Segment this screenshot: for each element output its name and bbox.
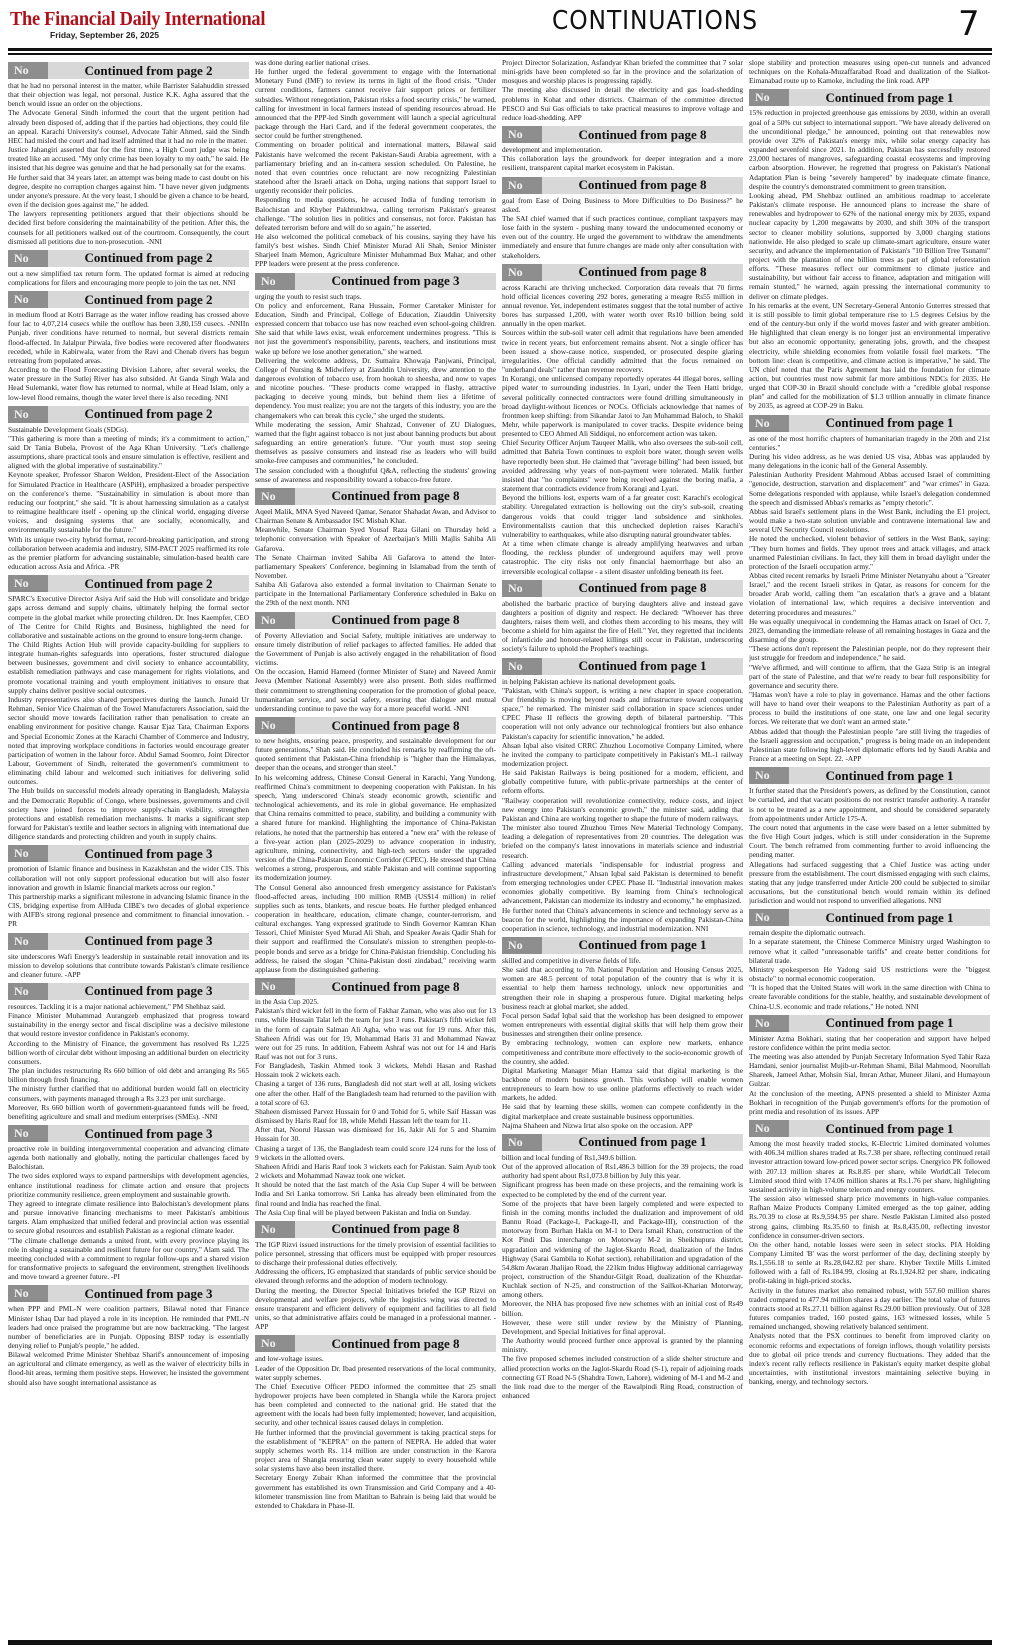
paragraph: He further said that 34 years later, an … [8, 173, 249, 210]
continuation-number-badge: No #12 [255, 488, 295, 505]
article-continuation: No #29Continued from page 1Minister Azma… [749, 1015, 990, 1116]
article-continuation: Project Director Solarization, Asfandyar… [502, 58, 743, 122]
paragraph: It further stated that the President's p… [749, 786, 990, 823]
article-continuation: No #6Continued from page 3promotion of I… [8, 845, 249, 928]
continuation-number-badge: No #6 [8, 845, 48, 862]
paragraph: "Pakistan, with China's support, is writ… [502, 686, 743, 741]
paragraph: The plan includes restructuring Rs 660 b… [8, 1066, 249, 1084]
paragraph: as one of the most horrific chapters of … [749, 434, 990, 452]
paragraph: After that, Noorul Hassan was dismissed … [255, 1125, 496, 1143]
paragraph: to new heights, ensuring peace, prosperi… [255, 736, 496, 773]
paragraph: Najma Shaheen and Nizwa Irtat also spoke… [502, 1121, 743, 1130]
paragraph: Analysts noted that the PSX continues to… [749, 1331, 990, 1386]
paragraph: when PPP and PML-N were coalition partne… [8, 1304, 249, 1350]
continuation-header: No #16Continued from page 8 [255, 1221, 496, 1238]
paragraph: The Asia Cup final will be played betwee… [255, 1208, 496, 1217]
article-body: when PPP and PML-N were coalition partne… [8, 1304, 249, 1386]
continued-from-label: Continued from page 8 [542, 177, 743, 193]
paragraph: billion and local funding of Rs1,349.6 b… [502, 1153, 743, 1162]
paragraph: Activity in the futures market also rema… [749, 1286, 990, 1332]
paragraph: In Korangi, one unlicensed company repor… [502, 374, 743, 438]
continuation-header: No #1Continued from page 2 [8, 62, 249, 79]
article-body: urging the youth to resist such traps.On… [255, 292, 496, 484]
article-body: to new heights, ensuring peace, prosperi… [255, 736, 496, 974]
continuation-number-badge: No #29 [749, 1015, 789, 1032]
paragraph: Responding to media questions, he accuse… [255, 195, 496, 232]
bottom-rule-divider [8, 1640, 992, 1645]
paragraph: "It is hoped that the United States will… [749, 983, 990, 1010]
paragraph: The Advocate General Sindh informed the … [8, 108, 249, 145]
paragraph: Finance Minister Muhammad Aurangzeb emph… [8, 1011, 249, 1038]
paragraph: Sources within the sub-soil water cell a… [502, 328, 743, 374]
paragraph: This partnership marks a significant mil… [8, 892, 249, 929]
article-continuation: slope stability and protection measures … [749, 58, 990, 85]
paragraph: The SAI chief warned that if such practi… [502, 214, 743, 260]
paragraph: in helping Pakistan achieve its national… [502, 677, 743, 686]
continued-from-label: Continued from page 8 [295, 1336, 496, 1352]
paragraph: The IGP Rizvi issued instructions for th… [255, 1240, 496, 1267]
continued-from-label: Continued from page 2 [48, 576, 249, 592]
continued-from-label: Continued from page 1 [789, 1121, 990, 1137]
continued-from-label: Continued from page 8 [542, 127, 743, 143]
continuation-header: No #11Continued from page 3 [255, 273, 496, 290]
article-continuation: No #5Continued from page 2SPARC's Execut… [8, 575, 249, 841]
paragraph: This collaboration lays the groundwork f… [502, 154, 743, 172]
article-body: resources. Tackling it is a major nation… [8, 1002, 249, 1121]
continuation-number-badge: No #4 [8, 406, 48, 423]
paragraph: However, these were still under review b… [502, 1318, 743, 1336]
article-body: Minister Azma Bokhari, stating that her … [749, 1034, 990, 1116]
paragraph: slope stability and protection measures … [749, 58, 990, 85]
article-columns: No #1Continued from page 2that he had no… [8, 58, 992, 1638]
paragraph: skilled and competitive in diverse field… [502, 956, 743, 965]
article-continuation: No #12Continued from page 8Aqeel Malik, … [255, 488, 496, 608]
article-continuation: No #10Continued from page 3when PPP and … [8, 1285, 249, 1386]
paragraph: Palestinian Authority President Mahmoud … [749, 470, 990, 507]
continuation-header: No #2Continued from page 2 [8, 250, 249, 267]
continuation-number-badge: No #1 [8, 62, 48, 79]
continuation-header: No #14Continued from page 8 [255, 717, 496, 734]
article-body: abolished the barbaric practice of buryi… [502, 599, 743, 654]
paragraph: "This gathering is more than a meeting o… [8, 434, 249, 471]
continued-from-label: Continued from page 2 [48, 250, 249, 266]
continuation-header: No #7Continued from page 3 [8, 933, 249, 950]
paragraph: The Authority would proceed further once… [502, 1336, 743, 1354]
paragraph: The session also witnessed sharp price m… [749, 1194, 990, 1240]
continued-from-label: Continued from page 1 [542, 1134, 743, 1150]
continuation-number-badge: No #11 [255, 273, 295, 290]
paragraph: Addressing the officers, IG emphasized t… [255, 1267, 496, 1285]
paragraph: While moderating the session, Amir Shahz… [255, 420, 496, 466]
paragraph: Calling advanced materials "indispensabl… [502, 860, 743, 906]
paragraph: proactive role in building intergovernme… [8, 1144, 249, 1171]
article-continuation: No #1Continued from page 2that he had no… [8, 62, 249, 246]
article-continuation: No #19Continued from page 8goal from Eas… [502, 177, 743, 260]
paragraph: During the meeting, the Director Special… [255, 1286, 496, 1332]
continuation-header: No #28Continued from page 1 [749, 909, 990, 926]
article-continuation: No #3Continued from page 2in medium floo… [8, 291, 249, 402]
paragraph: The minister also toured Zhuzhou Times N… [502, 823, 743, 860]
article-continuation: No #28Continued from page 1remain despit… [749, 909, 990, 1010]
continued-from-label: Continued from page 3 [48, 846, 249, 862]
paragraph: In his welcoming address, Chinese Consul… [255, 773, 496, 883]
article-continuation: No #4Continued from page 2Sustainable De… [8, 406, 249, 572]
article-body: of Poverty Alleviation and Social Safety… [255, 631, 496, 713]
paragraph: Secretary Energy Zubair Khan informed th… [255, 1473, 496, 1510]
page-section-title: CONTINUATIONS [552, 6, 758, 36]
article-continuation: was done during earlier national crises.… [255, 58, 496, 269]
paragraph: The court noted that arguments in the ca… [749, 823, 990, 860]
paragraph: Project Director Solarization, Asfandyar… [502, 58, 743, 85]
paragraph: Shaheen dismissed Parvez Hussain for 0 a… [255, 1107, 496, 1125]
continuation-header: No #24Continued from page 1 [502, 1134, 743, 1151]
paragraph: abolished the barbaric practice of buryi… [502, 599, 743, 654]
article-continuation: No #26Continued from page 1as one of the… [749, 415, 990, 764]
paragraph: The ministry further clarified that no a… [8, 1084, 249, 1102]
continuation-header: No #18Continued from page 8 [502, 126, 743, 143]
article-continuation: No #9Continued from page 3proactive role… [8, 1125, 249, 1281]
paragraph: remain despite the diplomatic outreach. [749, 928, 990, 937]
continuation-header: No #21Continued from page 8 [502, 580, 743, 597]
continuation-number-badge: No #5 [8, 575, 48, 592]
paragraph: The Chief Executive Officer PEDO informe… [255, 1382, 496, 1428]
paragraph: During his video address, as he was deni… [749, 452, 990, 470]
continued-from-label: Continued from page 1 [789, 415, 990, 431]
paragraph: He noted the unchecked, violent behavior… [749, 534, 990, 571]
article-body: Sustainable Development Goals (SDGs)."Th… [8, 425, 249, 572]
paragraph: in the Asia Cup 2025. [255, 997, 496, 1006]
continued-from-label: Continued from page 1 [789, 910, 990, 926]
paragraph: Allegations had surfaced suggesting that… [749, 860, 990, 906]
continued-from-label: Continued from page 2 [48, 292, 249, 308]
paragraph: The meeting also discussed in detail the… [502, 85, 743, 122]
paragraph: and low-voltage issues. [255, 1354, 496, 1363]
continuation-number-badge: No #26 [749, 415, 789, 432]
paragraph: He further urged the federal government … [255, 67, 496, 140]
paragraph: According to the Flood Forecasting Divis… [8, 365, 249, 402]
article-body: Project Director Solarization, Asfandyar… [502, 58, 743, 122]
paragraph: The Senate Chairman invited Sahiba Ali G… [255, 553, 496, 580]
paragraph: Beyond the billions lost, experts warn o… [502, 493, 743, 539]
article-body: SPARC's Executive Director Asiya Arif sa… [8, 594, 249, 841]
article-continuation: No #30Continued from page 1Among the mos… [749, 1120, 990, 1386]
paragraph: The five proposed schemes included const… [502, 1354, 743, 1400]
paragraph: The Hub builds on successful models alre… [8, 786, 249, 841]
paragraph: Moreover, Rs 660 billion worth of govern… [8, 1103, 249, 1121]
paragraph: Digital Marketing Manager Mian Hamza sai… [502, 1066, 743, 1103]
paragraph: Chasing a target of 136, the Bangladesh … [255, 1144, 496, 1162]
paragraph: in medium flood at Kotri Barrage as the … [8, 310, 249, 365]
paragraph: Some of the projects that have been larg… [502, 1199, 743, 1300]
continuation-header: No #27Continued from page 1 [749, 767, 990, 784]
article-continuation: No #16Continued from page 8The IGP Rizvi… [255, 1221, 496, 1332]
paragraph: Significant progress has been made on th… [502, 1180, 743, 1198]
continuation-number-badge: No #24 [502, 1134, 542, 1151]
paragraph: According to the Ministry of Finance, th… [8, 1039, 249, 1066]
paragraph: Looking ahead, PM Shehbaz outlined an am… [749, 191, 990, 301]
continuation-number-badge: No #21 [502, 580, 542, 597]
article-continuation: No #7Continued from page 3site underscor… [8, 933, 249, 979]
continued-from-label: Continued from page 8 [295, 1221, 496, 1237]
continuation-number-badge: No #15 [255, 978, 295, 995]
paragraph: At a time when climate change is already… [502, 539, 743, 576]
article-body: goal from Ease of Doing Business to More… [502, 196, 743, 260]
column-4: slope stability and protection measures … [749, 58, 990, 1638]
continued-from-label: Continued from page 8 [295, 488, 496, 504]
paragraph: "The climate challenge demands a united … [8, 1236, 249, 1282]
paragraph: On the other hand, notable losses were s… [749, 1240, 990, 1286]
paragraph: He was equally unequivocal in condemning… [749, 617, 990, 644]
continuation-header: No #17Continued from page 8 [255, 1335, 496, 1352]
continuation-header: No #30Continued from page 1 [749, 1120, 990, 1137]
paragraph: In his remarks at the event, UN Secretar… [749, 301, 990, 411]
continuation-header: No #23Continued from page 1 [502, 937, 743, 954]
paragraph: They agreed to integrate climate resilie… [8, 1199, 249, 1236]
paragraph: Bilawal welcomed Prime Minister Shehbaz … [8, 1350, 249, 1387]
paragraph: Sustainable Development Goals (SDGs). [8, 425, 249, 434]
paragraph: development and implementation. [502, 145, 743, 154]
continuation-header: No #9Continued from page 3 [8, 1125, 249, 1142]
continuation-number-badge: No #3 [8, 291, 48, 308]
continued-from-label: Continued from page 1 [542, 658, 743, 674]
paragraph: was done during earlier national crises. [255, 58, 496, 67]
paragraph: Keynote speaker, Professor Sharon Weldon… [8, 470, 249, 534]
paragraph: He also welcomed the political comeback … [255, 232, 496, 269]
paragraph: that he had no personal interest in the … [8, 81, 249, 108]
paragraph: "We've affirmed, and will continue to af… [749, 663, 990, 690]
continuation-number-badge: No #8 [8, 983, 48, 1000]
article-continuation: No #11Continued from page 3urging the yo… [255, 273, 496, 484]
continuation-number-badge: No #19 [502, 177, 542, 194]
continued-from-label: Continued from page 3 [295, 273, 496, 289]
continuation-header: No #25Continued from page 1 [749, 89, 990, 106]
column-3: Project Director Solarization, Asfandyar… [502, 58, 743, 1638]
paragraph: In a separate statement, the Chinese Com… [749, 937, 990, 964]
continuation-number-badge: No #10 [8, 1285, 48, 1302]
article-continuation: No #17Continued from page 8and low-volta… [255, 1335, 496, 1510]
paragraph: He said that by learning these skills, w… [502, 1102, 743, 1120]
paragraph: Aqeel Malik, MNA Syed Naveed Qamar, Sena… [255, 507, 496, 525]
continued-from-label: Continued from page 8 [295, 718, 496, 734]
continuation-header: No #19Continued from page 8 [502, 177, 743, 194]
continuation-header: No #4Continued from page 2 [8, 406, 249, 423]
article-body: was done during earlier national crises.… [255, 58, 496, 269]
continued-from-label: Continued from page 3 [48, 1126, 249, 1142]
paragraph: Moreover, the NHA has proposed five new … [502, 1299, 743, 1317]
issue-date: Friday, September 26, 2025 [50, 30, 159, 40]
article-body: billion and local funding of Rs1,349.6 b… [502, 1153, 743, 1400]
paragraph: resources. Tackling it is a major nation… [8, 1002, 249, 1011]
article-body: in medium flood at Kotri Barrage as the … [8, 310, 249, 402]
paragraph: Ministry spokesperson He Yadong said US … [749, 965, 990, 983]
continued-from-label: Continued from page 8 [542, 264, 743, 280]
paragraph: Among the most heavily traded stocks, K-… [749, 1139, 990, 1194]
article-continuation: No #8Continued from page 3resources. Tac… [8, 983, 249, 1121]
paragraph: of Poverty Alleviation and Social Safety… [255, 631, 496, 668]
continuation-header: No #20Continued from page 8 [502, 264, 743, 281]
article-body: Among the most heavily traded stocks, K-… [749, 1139, 990, 1386]
paragraph: Shaheen Afridi and Haris Rauf took 3 wic… [255, 1162, 496, 1180]
paragraph: Ahsan Iqbal also visited CRRC Zhuzhou Lo… [502, 741, 743, 768]
article-body: skilled and competitive in diverse field… [502, 956, 743, 1130]
paragraph: Chasing a target of 136 runs, Bangladesh… [255, 1079, 496, 1106]
continued-from-label: Continued from page 3 [48, 1286, 249, 1302]
article-continuation: No #14Continued from page 8to new height… [255, 717, 496, 974]
paragraph: "These actions don't represent the Pales… [749, 644, 990, 662]
continuation-header: No #8Continued from page 3 [8, 983, 249, 1000]
paragraph: across Karachi are thriving unchecked. C… [502, 283, 743, 329]
paragraph: "Hamas won't have a role to play in gove… [749, 690, 990, 727]
article-continuation: No #13Continued from page 8of Poverty Al… [255, 612, 496, 713]
continuation-number-badge: No #23 [502, 937, 542, 954]
column-2: was done during earlier national crises.… [255, 58, 496, 1638]
paragraph: Abbas said Israel's settlement plans in … [749, 507, 990, 534]
continuation-header: No #12Continued from page 8 [255, 488, 496, 505]
continued-from-label: Continued from page 2 [48, 63, 249, 79]
column-1: No #1Continued from page 2that he had no… [8, 58, 249, 1638]
paragraph: He further noted that China's advancemen… [502, 906, 743, 933]
continued-from-label: Continued from page 8 [542, 580, 743, 596]
article-body: slope stability and protection measures … [749, 58, 990, 85]
article-continuation: No #18Continued from page 8development a… [502, 126, 743, 172]
paragraph: Industry representatives also shared per… [8, 695, 249, 787]
article-body: The IGP Rizvi issued instructions for th… [255, 1240, 496, 1332]
masthead: The Financial Daily International Friday… [0, 0, 1022, 50]
paragraph: With its unique two-city hybrid format, … [8, 535, 249, 572]
continuation-number-badge: No #16 [255, 1221, 295, 1238]
paragraph: The Consul General also announced fresh … [255, 883, 496, 975]
paragraph: Pakistan's third wicket fell in the form… [255, 1006, 496, 1061]
article-body: proactive role in building intergovernme… [8, 1144, 249, 1281]
continuation-number-badge: No #2 [8, 250, 48, 267]
paragraph: Minister Azma Bokhari, stating that her … [749, 1034, 990, 1052]
paragraph: The Child Rights Action Hub will provide… [8, 640, 249, 695]
article-body: Aqeel Malik, MNA Syed Naveed Qamar, Sena… [255, 507, 496, 608]
article-body: that he had no personal interest in the … [8, 81, 249, 246]
paragraph: The meeting was also attended by Punjab … [749, 1052, 990, 1089]
paragraph: On policy and enforcement, Rana Hussain,… [255, 301, 496, 356]
continuation-number-badge: No #27 [749, 767, 789, 784]
paragraph: promotion of Islamic finance and busines… [8, 864, 249, 891]
continuation-number-badge: No #20 [502, 264, 542, 281]
article-continuation: No #21Continued from page 8abolished the… [502, 580, 743, 654]
paragraph: At the conclusion of the meeting, APNS p… [749, 1089, 990, 1116]
article-body: out a new simplified tax return form. Th… [8, 269, 249, 287]
article-body: promotion of Islamic finance and busines… [8, 864, 249, 928]
paragraph: goal from Ease of Doing Business to More… [502, 196, 743, 214]
article-body: in the Asia Cup 2025.Pakistan's third wi… [255, 997, 496, 1217]
article-body: It further stated that the President's p… [749, 786, 990, 905]
continuation-header: No #5Continued from page 2 [8, 575, 249, 592]
paragraph: On the occasion, Hamid Hameed (former Mi… [255, 667, 496, 713]
article-body: 15% reduction in projected greenhouse ga… [749, 108, 990, 410]
continuation-number-badge: No #22 [502, 658, 542, 675]
paragraph: out a new simplified tax return form. Th… [8, 269, 249, 287]
continuation-number-badge: No #14 [255, 717, 295, 734]
paragraph: SPARC's Executive Director Asiya Arif sa… [8, 594, 249, 640]
continuation-number-badge: No #25 [749, 89, 789, 106]
article-continuation: No #2Continued from page 2out a new simp… [8, 250, 249, 287]
article-continuation: No #23Continued from page 1skilled and c… [502, 937, 743, 1130]
article-continuation: No #15Continued from page 8in the Asia C… [255, 978, 496, 1217]
continuation-number-badge: No #30 [749, 1120, 789, 1137]
continuation-number-badge: No #7 [8, 933, 48, 950]
paragraph: He said Pakistan Railways is being posit… [502, 768, 743, 795]
continuation-number-badge: No #13 [255, 612, 295, 629]
article-body: as one of the most horrific chapters of … [749, 434, 990, 764]
paragraph: Leader of the Opposition Dr. Ibad presen… [255, 1364, 496, 1382]
article-body: site underscores Wafi Energy's leadershi… [8, 952, 249, 979]
continued-from-label: Continued from page 3 [48, 983, 249, 999]
continuation-header: No #29Continued from page 1 [749, 1015, 990, 1032]
continuation-header: No #10Continued from page 3 [8, 1285, 249, 1302]
article-body: across Karachi are thriving unchecked. C… [502, 283, 743, 576]
continued-from-label: Continued from page 1 [789, 768, 990, 784]
paragraph: Meanwhile, Senate Chairman Syed Yousaf R… [255, 525, 496, 552]
paragraph: Justice Jahangiri asserted that for the … [8, 145, 249, 172]
continuation-number-badge: No #17 [255, 1335, 295, 1352]
paragraph: site underscores Wafi Energy's leadershi… [8, 952, 249, 979]
article-continuation: No #27Continued from page 1It further st… [749, 767, 990, 905]
continuation-number-badge: No #9 [8, 1125, 48, 1142]
paragraph: 15% reduction in projected greenhouse ga… [749, 108, 990, 190]
article-body: remain despite the diplomatic outreach.I… [749, 928, 990, 1010]
paragraph: Abbas added that though the Palestinian … [749, 727, 990, 764]
paragraph: urging the youth to resist such traps. [255, 292, 496, 301]
continued-from-label: Continued from page 8 [295, 612, 496, 628]
paragraph: Commenting on broader political and inte… [255, 140, 496, 195]
article-continuation: No #20Continued from page 8across Karach… [502, 264, 743, 576]
paragraph: The session concluded with a thoughtful … [255, 466, 496, 484]
continued-from-label: Continued from page 1 [542, 937, 743, 953]
paragraph: Delivering the welcome address, Dr. Suma… [255, 356, 496, 420]
page-number: 7 [958, 4, 980, 44]
article-continuation: No #25Continued from page 115% reduction… [749, 89, 990, 410]
continuation-header: No #13Continued from page 8 [255, 612, 496, 629]
continued-from-label: Continued from page 1 [789, 1015, 990, 1031]
paragraph: He further informed that the provincial … [255, 1428, 496, 1474]
continuation-header: No #22Continued from page 1 [502, 658, 743, 675]
article-body: and low-voltage issues.Leader of the Opp… [255, 1354, 496, 1510]
paragraph: For Bangladesh, Taskin Ahmed took 3 wick… [255, 1061, 496, 1079]
article-continuation: No #24Continued from page 1billion and l… [502, 1134, 743, 1400]
top-rule-divider [8, 48, 992, 55]
continuation-header: No #26Continued from page 1 [749, 415, 990, 432]
paragraph: It should be noted that the last match o… [255, 1180, 496, 1207]
continuation-header: No #15Continued from page 8 [255, 978, 496, 995]
paragraph: She said that according to 7th National … [502, 965, 743, 1011]
continuation-number-badge: No #18 [502, 126, 542, 143]
newspaper-brand: The Financial Daily International [10, 8, 265, 31]
continuation-number-badge: No #28 [749, 909, 789, 926]
article-body: in helping Pakistan achieve its national… [502, 677, 743, 933]
article-body: development and implementation.This coll… [502, 145, 743, 172]
paragraph: Abbas cited recent remarks by Israeli Pr… [749, 571, 990, 617]
continued-from-label: Continued from page 2 [48, 406, 249, 422]
continued-from-label: Continued from page 3 [48, 933, 249, 949]
continued-from-label: Continued from page 1 [789, 90, 990, 106]
continuation-header: No #6Continued from page 3 [8, 845, 249, 862]
paragraph: The two sides explored ways to expand pa… [8, 1171, 249, 1198]
continuation-header: No #3Continued from page 2 [8, 291, 249, 308]
continued-from-label: Continued from page 8 [295, 979, 496, 995]
paragraph: Chief Security Officer Anjum Tauqeer Mal… [502, 438, 743, 493]
paragraph: The lawyers representing petitioners arg… [8, 209, 249, 246]
paragraph: "Railway cooperation will revolutionize … [502, 796, 743, 823]
paragraph: Sahiba Ali Gafarova also extended a form… [255, 580, 496, 607]
article-continuation: No #22Continued from page 1in helping Pa… [502, 658, 743, 933]
paragraph: Out of the approved allocation of Rs1,48… [502, 1162, 743, 1180]
